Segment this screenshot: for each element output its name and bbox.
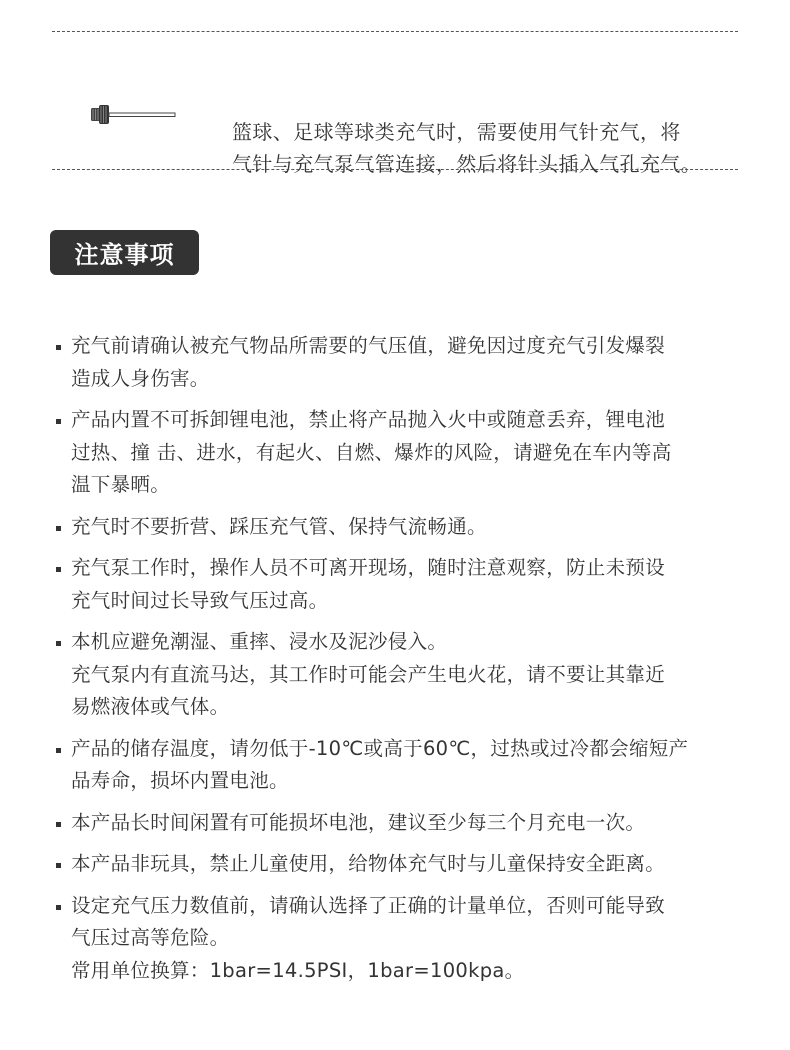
bullet-icon bbox=[56, 641, 61, 646]
text-line: 充气泵工作时，操作人员不可离开现场，随时注意观察，防止未预设 bbox=[71, 552, 736, 585]
text-line: 气针与充气泵气管连接，然后将针头插入气孔充气。 bbox=[232, 148, 752, 180]
text-line: 常用单位换算：1bar=14.5PSI，1bar=100kpa。 bbox=[71, 955, 736, 988]
list-item: 充气前请确认被充气物品所需要的气压值，避免因过度充气引发爆裂 造成人身伤害。 bbox=[56, 330, 736, 395]
list-item: 设定充气压力数值前，请确认选择了正确的计量单位，否则可能导致 气压过高等危险。 … bbox=[56, 890, 736, 988]
needle-instruction-row: 篮球、足球等球类充气时，需要使用气针充气，将 气针与充气泵气管连接，然后将针头插… bbox=[0, 32, 790, 168]
text-line: 品寿命，损坏内置电池。 bbox=[71, 765, 736, 798]
text-line: 易燃液体或气体。 bbox=[71, 691, 736, 724]
list-item: 充气泵工作时，操作人员不可离开现场，随时注意观察，防止未预设 充气时间过长导致气… bbox=[56, 552, 736, 617]
text-line: 产品的储存温度，请勿低于-10℃或高于60℃，过热或过冷都会缩短产 bbox=[71, 733, 736, 766]
bullet-icon bbox=[56, 419, 61, 424]
text-line: 设定充气压力数值前，请确认选择了正确的计量单位，否则可能导致 bbox=[71, 890, 736, 923]
bullet-icon bbox=[56, 526, 61, 531]
list-item: 充气时不要折营、踩压充气管、保持气流畅通。 bbox=[56, 511, 736, 544]
bullet-icon bbox=[56, 822, 61, 827]
bullet-icon bbox=[56, 567, 61, 572]
text-line: 本产品长时间闲置有可能损坏电池，建议至少每三个月充电一次。 bbox=[71, 807, 736, 840]
text-line: 充气前请确认被充气物品所需要的气压值，避免因过度充气引发爆裂 bbox=[71, 330, 736, 363]
list-item: 本机应避免潮湿、重摔、浸水及泥沙侵入。 充气泵内有直流马达，其工作时可能会产生电… bbox=[56, 626, 736, 724]
text-line: 充气泵内有直流马达，其工作时可能会产生电火花，请不要让其靠近 bbox=[71, 659, 736, 692]
text-line: 本产品非玩具，禁止儿童使用，给物体充气时与儿童保持安全距离。 bbox=[71, 848, 736, 881]
text-line: 充气时不要折营、踩压充气管、保持气流畅通。 bbox=[71, 511, 736, 544]
notice-list: 充气前请确认被充气物品所需要的气压值，避免因过度充气引发爆裂 造成人身伤害。 产… bbox=[56, 330, 736, 996]
text-line: 本机应避免潮湿、重摔、浸水及泥沙侵入。 bbox=[71, 626, 736, 659]
text-line: 气压过高等危险。 bbox=[71, 922, 736, 955]
list-item: 本产品非玩具，禁止儿童使用，给物体充气时与儿童保持安全距离。 bbox=[56, 848, 736, 881]
text-line: 充气时间过长导致气压过高。 bbox=[71, 585, 736, 618]
notice-title-badge: 注意事项 bbox=[50, 230, 199, 275]
list-item: 产品内置不可拆卸锂电池，禁止将产品抛入火中或随意丢弃，锂电池 过热、撞 击、进水… bbox=[56, 404, 736, 502]
bullet-icon bbox=[56, 905, 61, 910]
text-line: 篮球、足球等球类充气时，需要使用气针充气，将 bbox=[232, 116, 752, 148]
needle-instruction-text: 篮球、足球等球类充气时，需要使用气针充气，将 气针与充气泵气管连接，然后将针头插… bbox=[232, 116, 752, 180]
inflation-needle-icon bbox=[90, 103, 180, 127]
divider-bottom bbox=[52, 169, 738, 170]
list-item: 本产品长时间闲置有可能损坏电池，建议至少每三个月充电一次。 bbox=[56, 807, 736, 840]
bullet-icon bbox=[56, 863, 61, 868]
bullet-icon bbox=[56, 748, 61, 753]
bullet-icon bbox=[56, 345, 61, 350]
text-line: 造成人身伤害。 bbox=[71, 363, 736, 396]
text-line: 产品内置不可拆卸锂电池，禁止将产品抛入火中或随意丢弃，锂电池 bbox=[71, 404, 736, 437]
text-line: 过热、撞 击、进水，有起火、自燃、爆炸的风险，请避免在车内等高 bbox=[71, 437, 736, 470]
text-line: 温下暴晒。 bbox=[71, 469, 736, 502]
list-item: 产品的储存温度，请勿低于-10℃或高于60℃，过热或过冷都会缩短产 品寿命，损坏… bbox=[56, 733, 736, 798]
